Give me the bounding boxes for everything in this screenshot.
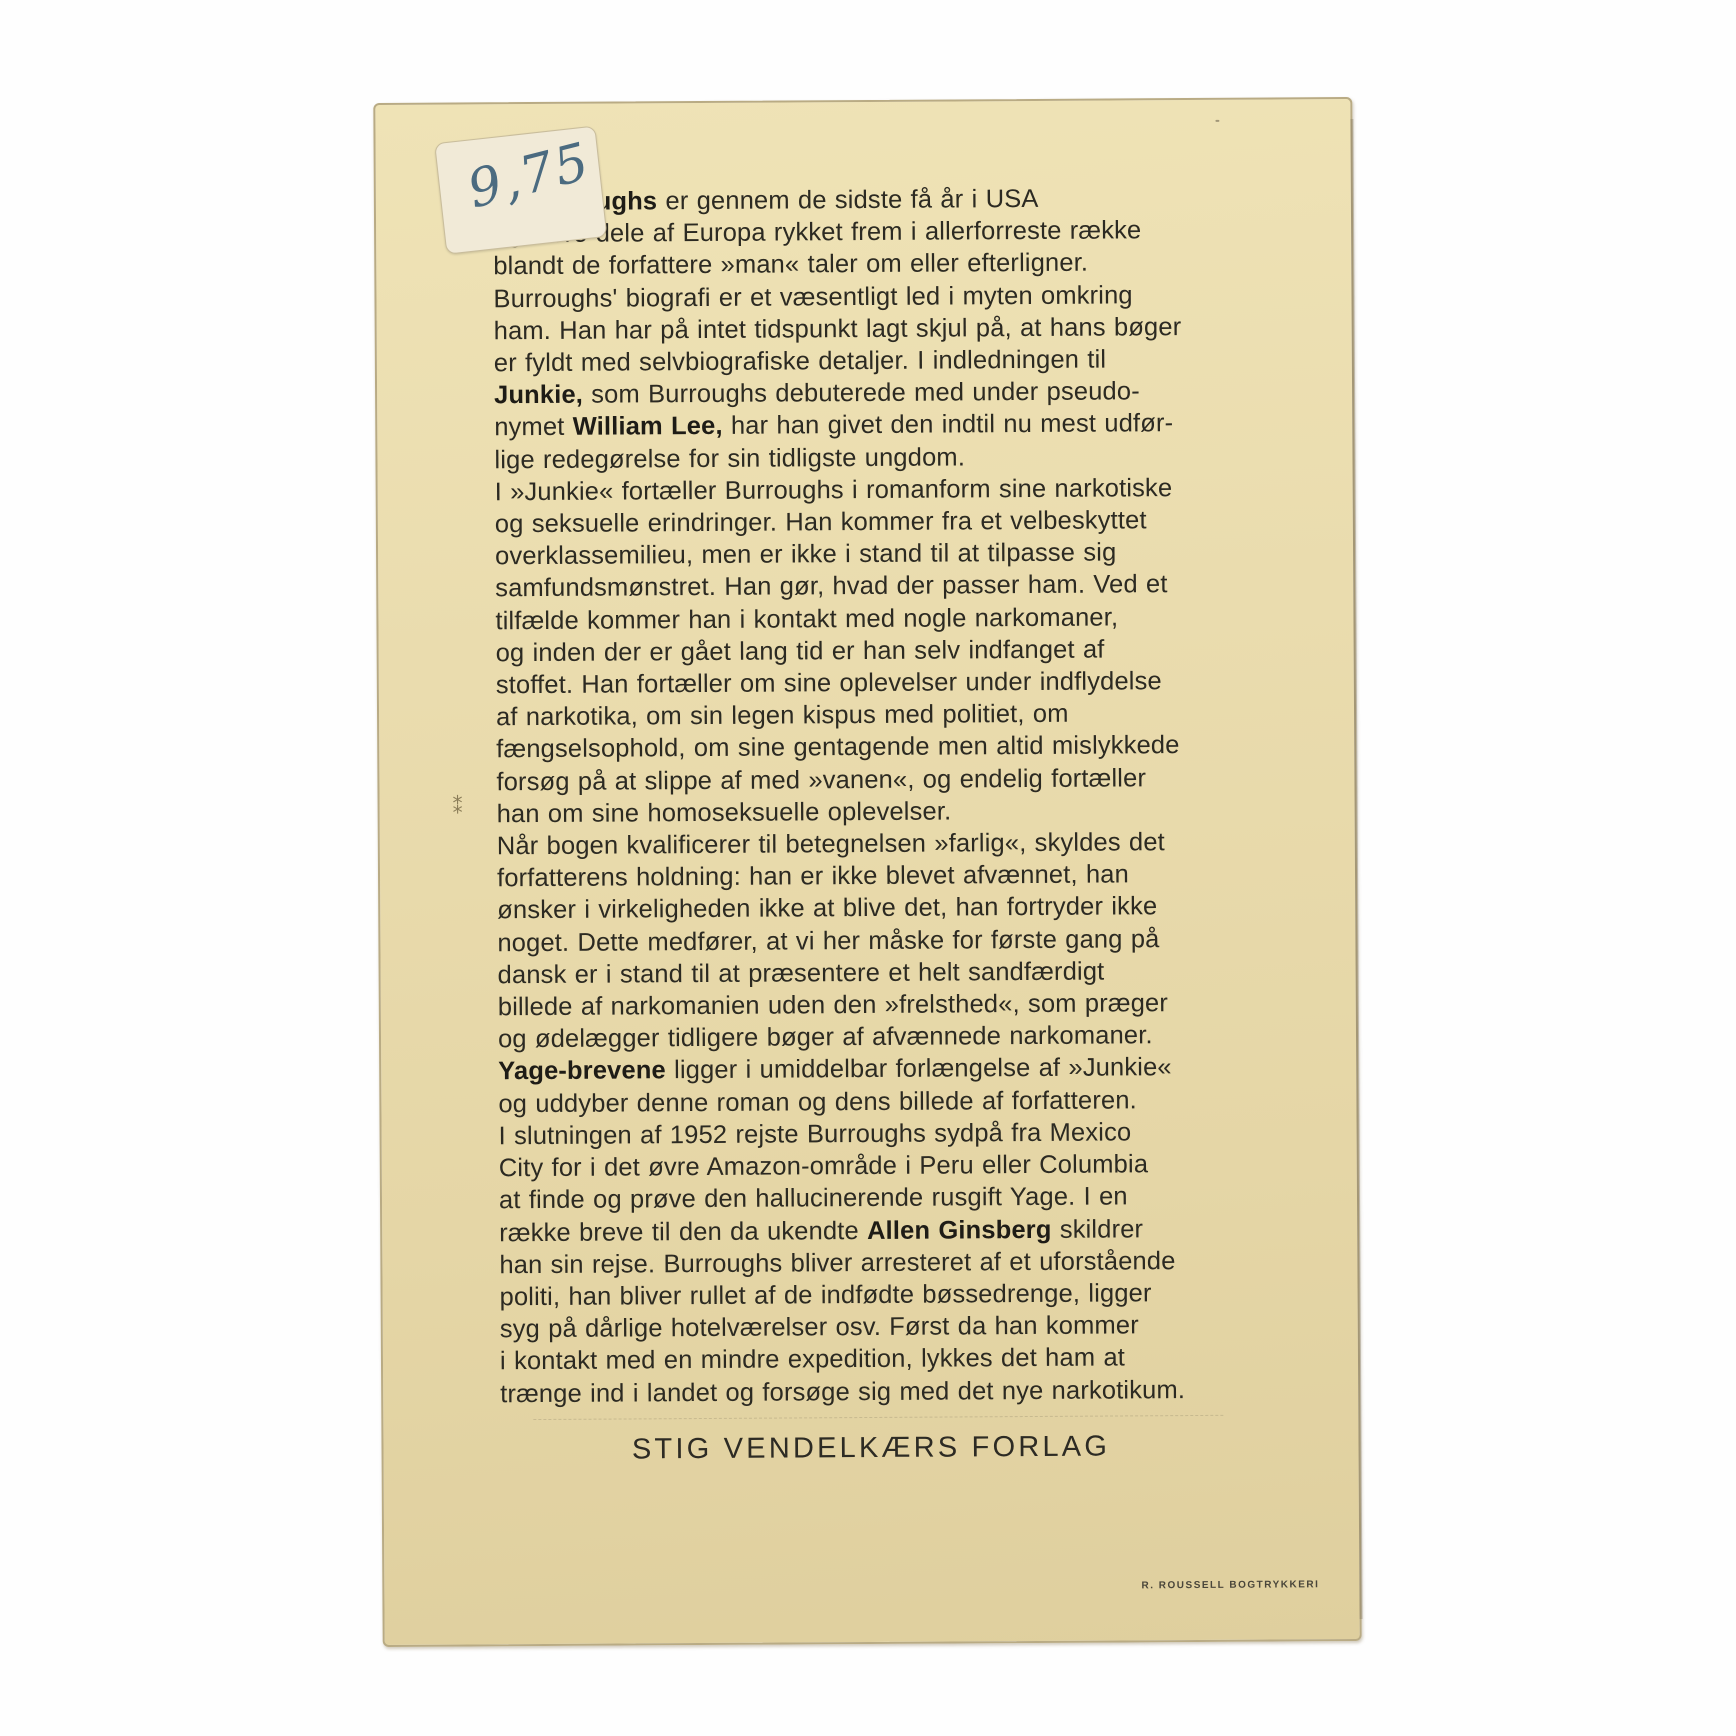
text-run: forfatterens holdning: han er ikke bleve…: [497, 861, 1129, 893]
blurb-line: samfundsmønstret. Han gør, hvad der pass…: [495, 568, 1275, 605]
text-run: og inden der er gået lang tid er han sel…: [496, 635, 1105, 667]
blurb-line: nymet William Lee, har han givet den ind…: [494, 407, 1274, 444]
blurb-line: blandt de forfattere »man« taler om elle…: [493, 246, 1273, 283]
text-run: ønsker i virkeligheden ikke at blive det…: [497, 893, 1157, 925]
bold-name: William Lee,: [573, 412, 723, 441]
blurb-line: billede af narkomanien uden den »frelsth…: [498, 987, 1278, 1024]
blurb-line: han om sine homoseksuelle oplevelser.: [497, 793, 1277, 830]
book-back-cover: 9,75 ⁑ S. Burroughs er gennem de sidste …: [373, 97, 1361, 1647]
text-run: række breve til den da ukendte: [499, 1217, 867, 1247]
bold-name: Junkie,: [494, 381, 583, 410]
blurb-line: syg på dårlige hotelværelser osv. Først …: [500, 1309, 1280, 1346]
blurb-line: forfatterens holdning: han er ikke bleve…: [497, 858, 1277, 895]
blurb-line: lige redegørelse for sin tidligste ungdo…: [494, 439, 1274, 476]
blurb-line: at finde og prøve den hallucinerende rus…: [499, 1180, 1279, 1217]
text-run: nymet: [494, 413, 573, 441]
text-run: blandt de forfattere »man« taler om elle…: [493, 249, 1088, 281]
text-run: dansk er i stand til at præsentere et he…: [498, 957, 1105, 989]
text-run: forsøg på at slippe af med »vanen«, og e…: [496, 764, 1146, 796]
blurb-line: i kontakt med en mindre expedition, lykk…: [500, 1341, 1280, 1378]
text-run: tilfælde kommer han i kontakt med nogle …: [495, 603, 1118, 635]
blurb-line: af narkotika, om sin legen kispus med po…: [496, 697, 1276, 734]
blurb-line: tilfælde kommer han i kontakt med nogle …: [495, 600, 1275, 637]
text-run: City for i det øvre Amazon-område i Peru…: [499, 1150, 1148, 1182]
blurb-line: Yage-brevene ligger i umiddelbar forlæng…: [498, 1051, 1278, 1088]
blurb-line: stoffet. Han fortæller om sine oplevelse…: [496, 665, 1276, 702]
blurb-line: ønsker i virkeligheden ikke at blive det…: [497, 890, 1277, 927]
text-run: billede af narkomanien uden den »frelsth…: [498, 989, 1168, 1021]
blurb-line: dansk er i stand til at præsentere et he…: [498, 954, 1278, 991]
blurb-line: noget. Dette medfører, at vi her måske f…: [497, 922, 1277, 959]
text-run: ham. Han har på intet tidspunkt lagt skj…: [494, 313, 1182, 345]
blurb-line: overklassemilieu, men er ikke i stand ti…: [495, 536, 1275, 573]
publisher-name: STIG VENDELKÆRS FORLAG: [383, 1429, 1358, 1468]
blurb-line: Når bogen kvalificerer til betegnelsen »…: [497, 826, 1277, 863]
text-run: er fyldt med selvbiografiske detaljer. I…: [494, 346, 1106, 378]
text-run: overklassemilieu, men er ikke i stand ti…: [495, 539, 1116, 571]
blurb-line: I slutningen af 1952 rejste Burroughs sy…: [499, 1115, 1279, 1152]
blurb-line: S. Burroughs er gennem de sidste få år i…: [493, 182, 1273, 219]
text-run: som Burroughs debuterede med under pseud…: [583, 378, 1140, 409]
blurb-text: S. Burroughs er gennem de sidste få år i…: [493, 182, 1280, 1410]
paper-speck: [1215, 120, 1219, 122]
blurb-line: er fyldt med selvbiografiske detaljer. I…: [494, 343, 1274, 380]
blurb-line: trænge ind i landet og forsøge sig med d…: [500, 1373, 1280, 1410]
text-run: politi, han bliver rullet af de indfødte…: [500, 1279, 1152, 1311]
blurb-line: ham. Han har på intet tidspunkt lagt skj…: [494, 310, 1274, 347]
blurb-line: Burroughs' biografi er et væsentligt led…: [493, 278, 1273, 315]
bold-name: Yage-brevene: [498, 1057, 666, 1086]
text-run: syg på dårlige hotelværelser osv. Først …: [500, 1311, 1139, 1343]
text-run: samfundsmønstret. Han gør, hvad der pass…: [495, 571, 1167, 603]
text-run: af narkotika, om sin legen kispus med po…: [496, 700, 1069, 731]
text-run: at finde og prøve den hallucinerende rus…: [499, 1183, 1128, 1215]
text-run: er gennem de sidste få år i USA: [657, 185, 1038, 215]
text-run: ligger i umiddelbar forlængelse af »Junk…: [666, 1054, 1172, 1085]
text-run: Når bogen kvalificerer til betegnelsen »…: [497, 828, 1165, 860]
text-run: han sin rejse. Burroughs bliver arrester…: [499, 1247, 1175, 1279]
text-run: noget. Dette medfører, at vi her måske f…: [497, 925, 1159, 957]
text-run: og ødelægger tidligere bøger af afvænned…: [498, 1022, 1153, 1054]
blurb-line: og uddyber denne roman og dens billede a…: [498, 1083, 1278, 1120]
text-run: I slutningen af 1952 rejste Burroughs sy…: [499, 1118, 1132, 1150]
blurb-line: politi, han bliver rullet af de indfødte…: [499, 1276, 1279, 1313]
blurb-line: Junkie, som Burroughs debuterede med und…: [494, 375, 1274, 412]
blurb-line: og inden der er gået lang tid er han sel…: [496, 632, 1276, 669]
text-run: og uddyber denne roman og dens billede a…: [498, 1086, 1137, 1118]
text-run: fængselsophold, om sine gentagende men a…: [496, 732, 1179, 764]
price-handwriting: 9,75: [462, 132, 597, 221]
text-run: og seksuelle erindringer. Han kommer fra…: [495, 506, 1147, 538]
text-run: I »Junkie« fortæller Burroughs i romanfo…: [495, 474, 1173, 506]
blurb-line: og store dele af Europa rykket frem i al…: [493, 214, 1273, 251]
text-run: har han givet den indtil nu mest udfør-: [723, 410, 1174, 441]
text-run: trænge ind i landet og forsøge sig med d…: [500, 1376, 1185, 1408]
text-run: lige redegørelse for sin tidligste ungdo…: [494, 443, 965, 474]
blurb-line: fængselsophold, om sine gentagende men a…: [496, 729, 1276, 766]
blurb-line: og ødelægger tidligere bøger af afvænned…: [498, 1019, 1278, 1056]
blurb-line: han sin rejse. Burroughs bliver arrester…: [499, 1244, 1279, 1281]
text-run: stoffet. Han fortæller om sine oplevelse…: [496, 667, 1162, 699]
blurb-line: række breve til den da ukendte Allen Gin…: [499, 1212, 1279, 1249]
text-run: skildrer: [1051, 1215, 1143, 1244]
text-run: han om sine homoseksuelle oplevelser.: [497, 797, 952, 828]
margin-mark: ⁑: [453, 794, 463, 819]
blurb-line: I »Junkie« fortæller Burroughs i romanfo…: [495, 471, 1275, 508]
price-sticker: 9,75: [434, 125, 607, 254]
blurb-line: og seksuelle erindringer. Han kommer fra…: [495, 504, 1275, 541]
bold-name: Allen Ginsberg: [867, 1215, 1052, 1244]
divider-line: [533, 1415, 1223, 1420]
text-run: Burroughs' biografi er et væsentligt led…: [493, 281, 1132, 313]
blurb-line: City for i det øvre Amazon-område i Peru…: [499, 1148, 1279, 1185]
printer-imprint: R. ROUSSELL BOGTRYKKERI: [1141, 1579, 1319, 1591]
text-run: i kontakt med en mindre expedition, lykk…: [500, 1344, 1125, 1376]
blurb-line: forsøg på at slippe af med »vanen«, og e…: [496, 761, 1276, 798]
